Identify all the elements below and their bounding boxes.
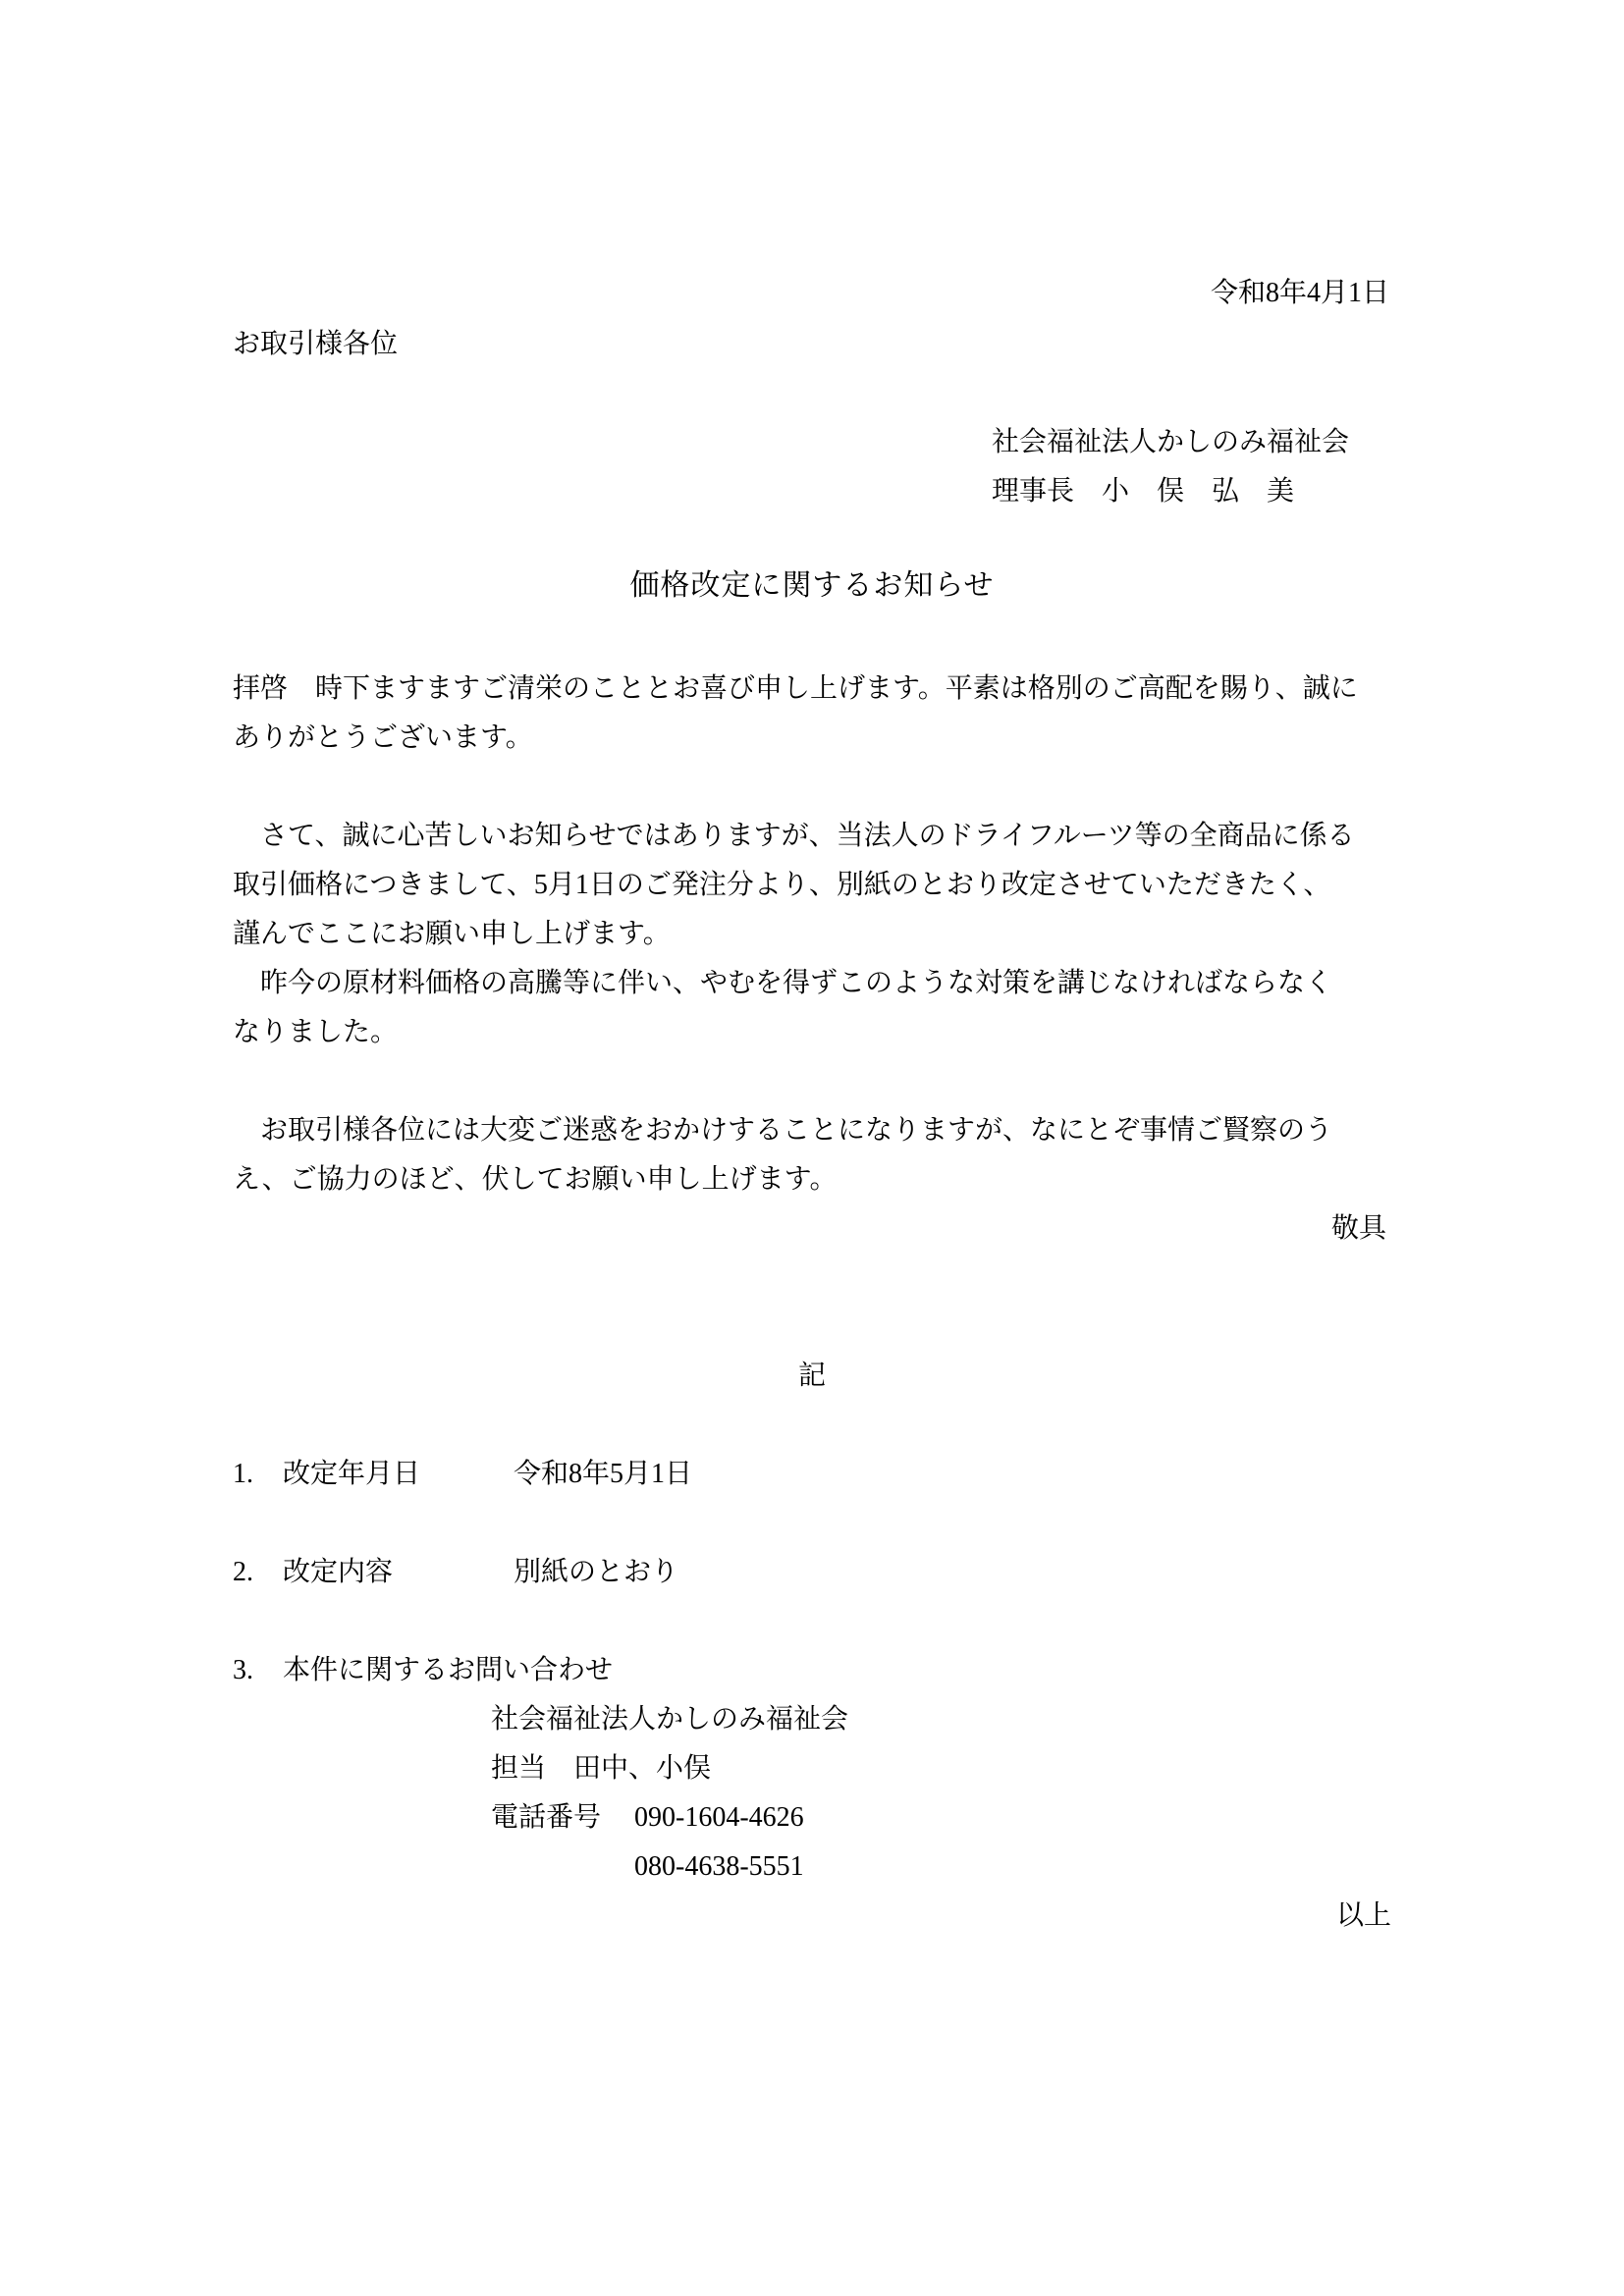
paragraph-reason: 昨今の原材料価格の高騰等に伴い、やむを得ずこのような対策を講じなければならなくな… [233,959,1391,1057]
record-item-revision-content: 2.改定内容別紙のとおり [233,1548,678,1597]
text-line: なりました。 [233,1008,1391,1057]
text-line: お取引様各位には大変ご迷惑をおかけすることになりますが、なにとぞ事情ご賢察のう [233,1106,1391,1155]
recipient-line: お取引様各位 [233,320,398,369]
end-marker-ijou: 以上 [1336,1892,1391,1941]
item-label: 改定内容 [283,1548,514,1597]
document-date: 令和8年4月1日 [1211,269,1389,318]
paragraph-announcement: さて、誠に心苦しいお知らせではありますが、当法人のドライフルーツ等の全商品に係る… [233,812,1391,959]
phone-number-1: 090-1604-4626 [634,1802,804,1833]
paragraph-request: お取引様各位には大変ご迷惑をおかけすることになりますが、なにとぞ事情ご賢察のうえ… [233,1106,1391,1204]
text-line: 謹んでここにお願い申し上げます。 [233,910,1391,959]
text-line: 拝啓 時下ますますご清栄のこととお喜び申し上げます。平素は格別のご高配を賜り、誠… [233,665,1391,714]
record-item-revision-date: 1.改定年月日令和8年5月1日 [233,1450,692,1499]
contact-organization: 社会福祉法人かしのみ福祉会 [491,1695,848,1744]
contact-phone-line: 電話番号090-1604-4626 [491,1793,804,1842]
item-label: 改定年月日 [283,1450,514,1499]
item-value: 令和8年5月1日 [514,1459,692,1489]
document-page: 令和8年4月1日 お取引様各位 社会福祉法人かしのみ福祉会 理事長 小 俣 弘 … [0,0,1624,2296]
item-value: 別紙のとおり [514,1557,678,1587]
text-line: 取引価格につきまして、5月1日のご発注分より、別紙のとおり改定させていただきたく… [233,861,1391,910]
record-item-inquiry: 3.本件に関するお問い合わせ [233,1646,613,1695]
sender-block: 社会福祉法人かしのみ福祉会 理事長 小 俣 弘 美 [992,418,1349,516]
text-line: 昨今の原材料価格の高騰等に伴い、やむを得ずこのような対策を講じなければならなく [233,959,1391,1008]
item-number: 2. [233,1548,283,1597]
record-marker: 記 [0,1352,1624,1401]
contact-person: 担当 田中、小俣 [491,1744,711,1793]
phone-label: 電話番号 [491,1793,634,1842]
paragraph-greeting: 拝啓 時下ますますご清栄のこととお喜び申し上げます。平素は格別のご高配を賜り、誠… [233,665,1391,763]
closing-keigu: 敬具 [1331,1204,1386,1254]
phone-number-2: 080-4638-5551 [634,1842,804,1892]
sender-organization: 社会福祉法人かしのみ福祉会 [992,418,1349,467]
text-line: え、ご協力のほど、伏してお願い申し上げます。 [233,1155,1391,1204]
item-label: 本件に関するお問い合わせ [283,1646,613,1695]
item-number: 1. [233,1450,283,1499]
text-line: さて、誠に心苦しいお知らせではありますが、当法人のドライフルーツ等の全商品に係る [233,812,1391,861]
sender-title-name: 理事長 小 俣 弘 美 [992,467,1349,516]
item-number: 3. [233,1646,283,1695]
text-line: ありがとうございます。 [233,714,1391,763]
document-title: 価格改定に関するお知らせ [0,561,1624,611]
